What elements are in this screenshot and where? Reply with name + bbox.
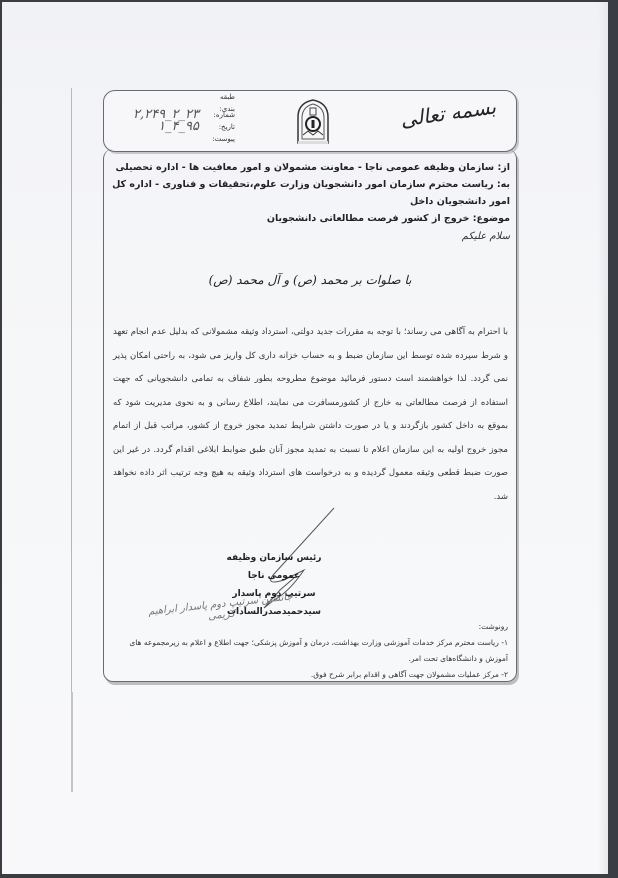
- margin-line-lower: [71, 692, 73, 792]
- cc-block: رونوشت: ۱- ریاست محترم مرکز خدمات آموزشی…: [113, 619, 508, 683]
- letter-body-text: با احترام به آگاهی می رساند؛ با توجه به …: [113, 321, 508, 509]
- scanned-letter-page: بسمه تعالی طبقه بندی: شماره: ۲۳_۲_۲,۲۴۹ …: [2, 2, 608, 874]
- greeting: سلام علیکم: [462, 231, 510, 242]
- meta-label: پیوست:: [203, 133, 235, 145]
- cc-label: رونوشت:: [113, 619, 508, 635]
- police-emblem-icon: [294, 97, 332, 145]
- meta-label: شماره:: [203, 109, 235, 121]
- meta-attachment: پیوست:: [110, 133, 235, 145]
- cc-item: ۲- مرکز عملیات مشمولان جهت آگاهی و اقدام…: [113, 667, 508, 683]
- letterhead-box: بسمه تعالی طبقه بندی: شماره: ۲۳_۲_۲,۲۴۹ …: [103, 90, 517, 152]
- meta-date: تاریخ: ۹۵_۴_۱: [110, 121, 235, 133]
- salawat-line: با صلوات بر محمد (ص) و آل محمد (ص): [104, 273, 516, 287]
- meta-label: تاریخ:: [203, 121, 235, 133]
- margin-line: [71, 88, 72, 778]
- signatory-title: رئیس سازمان وظیفه عمومی ناجا: [209, 549, 339, 585]
- subject-label: موضوع:: [473, 213, 510, 224]
- subject-value: خروج از کشور فرصت مطالعاتی دانشجویان: [267, 213, 470, 224]
- to-line: به: ریاست محترم سازمان امور دانشجویان وز…: [110, 176, 510, 210]
- cc-item: ۱- ریاست محترم مرکز خدمات آموزشی وزارت ب…: [113, 635, 508, 667]
- letter-metadata: طبقه بندی: شماره: ۲۳_۲_۲,۲۴۹ تاریخ: ۹۵_۴…: [110, 97, 235, 145]
- from-line: از: سازمان وظیفه عمومی ناجا - معاونت مشم…: [110, 159, 510, 176]
- to-label: به:: [497, 179, 510, 190]
- address-block: از: سازمان وظیفه عمومی ناجا - معاونت مشم…: [110, 159, 510, 227]
- from-label: از:: [497, 162, 510, 173]
- meta-value: ۹۵_۴_۱: [158, 121, 199, 133]
- from-value: سازمان وظیفه عمومی ناجا - معاونت مشمولان…: [116, 162, 495, 173]
- scan-edge-shade: [598, 2, 608, 874]
- basmala-heading: بسمه تعالی: [399, 94, 498, 131]
- letter-body-box: از: سازمان وظیفه عمومی ناجا - معاونت مشم…: [103, 149, 517, 682]
- to-value: ریاست محترم سازمان امور دانشجویان وزارت …: [112, 179, 510, 207]
- subject-line: موضوع: خروج از کشور فرصت مطالعاتی دانشجو…: [110, 210, 510, 227]
